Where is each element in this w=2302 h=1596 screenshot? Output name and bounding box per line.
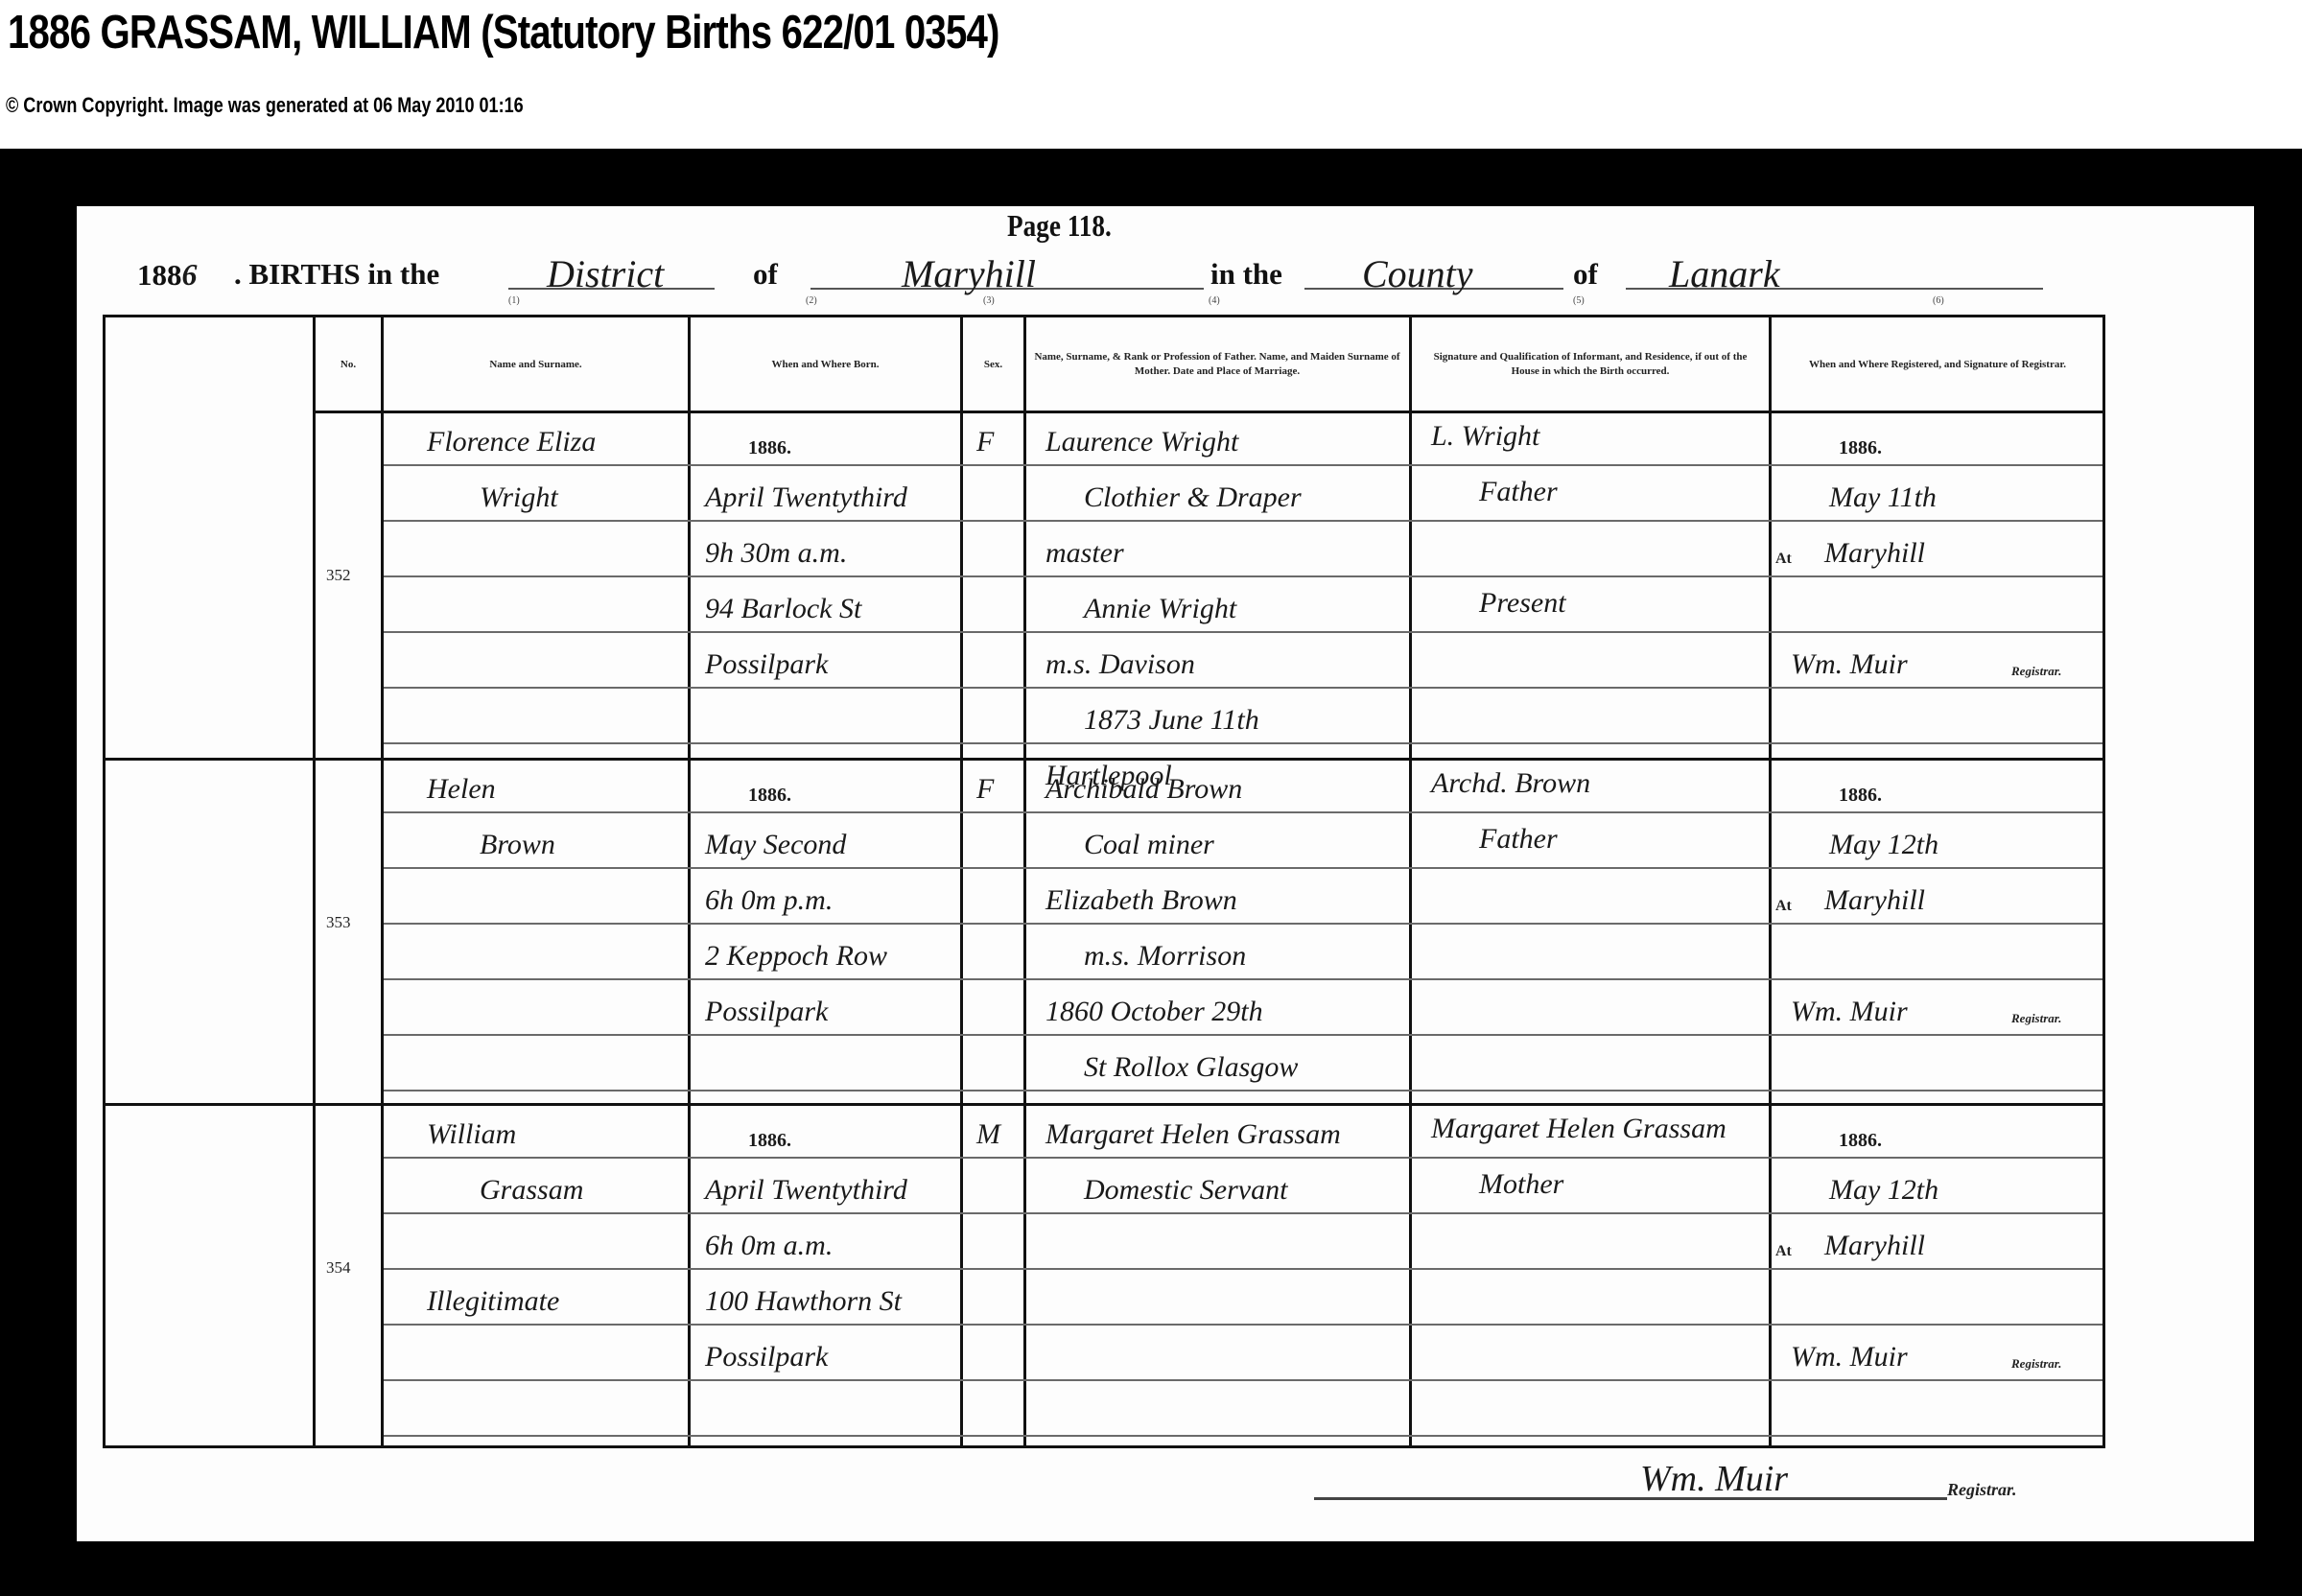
- birth-detail-line: Possilpark: [705, 997, 828, 1026]
- birth-detail-line: Possilpark: [705, 650, 828, 679]
- col-divider-name: [688, 315, 691, 1448]
- informant-line: Margaret Helen Grassam: [1431, 1115, 1726, 1143]
- year-prefix: 188: [137, 258, 182, 292]
- child-name-line: Wright: [480, 483, 558, 512]
- parent-detail-line: master: [1045, 539, 1124, 568]
- footnote-2: (2): [806, 295, 817, 306]
- of-label-1: of: [753, 257, 778, 292]
- sex-value: F: [976, 428, 994, 457]
- birth-detail-line: May Second: [705, 831, 846, 859]
- informant-line: Mother: [1479, 1170, 1563, 1199]
- parent-detail-line: Domestic Servant: [1084, 1176, 1287, 1205]
- registered-date: May 12th: [1829, 831, 1938, 859]
- parent-detail-line: Annie Wright: [1084, 595, 1236, 623]
- at-label: At: [1775, 1243, 1792, 1260]
- ruled-line: [384, 687, 2102, 689]
- child-name-line: Brown: [480, 831, 555, 859]
- registered-date: May 12th: [1829, 1176, 1938, 1205]
- registered-date: May 11th: [1829, 483, 1937, 512]
- parent-detail-line: 1873 June 11th: [1084, 706, 1259, 735]
- birth-detail-line: 9h 30m a.m.: [705, 539, 847, 568]
- colhead-registered: When and Where Registered, and Signature…: [1784, 318, 2091, 411]
- parent-detail-line: Elizabeth Brown: [1045, 886, 1237, 915]
- copyright-notice: © Crown Copyright. Image was generated a…: [6, 93, 524, 118]
- ruled-line: [384, 631, 2102, 633]
- at-label: At: [1775, 898, 1792, 915]
- parent-detail-line: Margaret Helen Grassam: [1045, 1120, 1341, 1149]
- parent-detail-line: Clothier & Draper: [1084, 483, 1302, 512]
- ruled-line: [384, 1379, 2102, 1381]
- register-year: 1886: [137, 257, 198, 293]
- colhead-no: No.: [316, 318, 381, 411]
- ruled-line: [384, 1212, 2102, 1214]
- registrar-signature: Wm. Muir: [1791, 997, 1908, 1026]
- footnote-6: (6): [1933, 295, 1944, 306]
- parent-detail-line: 1860 October 29th: [1045, 997, 1263, 1026]
- registrar-signature: Wm. Muir: [1791, 1343, 1908, 1372]
- footnote-4: (4): [1209, 295, 1220, 306]
- informant-line: L. Wright: [1431, 422, 1539, 451]
- birth-detail-line: 100 Hawthorn St: [705, 1287, 902, 1316]
- district-name: Maryhill: [902, 251, 1036, 296]
- sex-value: F: [976, 775, 994, 804]
- birth-detail-line: Possilpark: [705, 1343, 828, 1372]
- ruled-line: [384, 1157, 2102, 1159]
- footnote-1: (1): [508, 295, 520, 306]
- informant-line: Father: [1479, 825, 1558, 854]
- birth-detail-line: 94 Barlock St: [705, 595, 861, 623]
- parent-detail-line: m.s. Davison: [1045, 650, 1195, 679]
- footer-signature: Wm. Muir: [1640, 1458, 1788, 1500]
- col-divider-born: [960, 315, 963, 1448]
- ruled-line: [384, 520, 2102, 522]
- ruled-line: [384, 1268, 2102, 1270]
- footnote-3: (3): [983, 295, 995, 306]
- colhead-sex: Sex.: [963, 318, 1023, 411]
- ruled-line: [384, 978, 2102, 980]
- year-digit: 6: [182, 257, 198, 292]
- col-divider-informant: [1769, 315, 1772, 1448]
- col-divider-no: [381, 315, 384, 1448]
- colhead-name: Name and Surname.: [384, 318, 688, 411]
- informant-line: Archd. Brown: [1431, 769, 1590, 798]
- record-title: 1886 GRASSAM, WILLIAM (Statutory Births …: [8, 6, 999, 59]
- birth-detail-line: 6h 0m a.m.: [705, 1232, 833, 1260]
- ruled-line: [384, 1034, 2102, 1036]
- registrar-label: Registrar.: [2011, 1356, 2061, 1372]
- child-name-line: Grassam: [480, 1176, 583, 1205]
- child-name-line: Illegitimate: [427, 1287, 559, 1316]
- district-type: District: [547, 251, 664, 296]
- informant-line: Present: [1479, 589, 1566, 618]
- registered-place: Maryhill: [1824, 886, 1925, 915]
- parent-detail-line: Archibald Brown: [1045, 775, 1242, 804]
- colhead-parents: Name, Surname, & Rank or Profession of F…: [1031, 318, 1403, 411]
- birth-detail-line: 1886.: [748, 1126, 791, 1155]
- registered-year: 1886.: [1839, 1126, 1882, 1155]
- parent-detail-line: Laurence Wright: [1045, 428, 1238, 457]
- parent-detail-line: St Rollox Glasgow: [1084, 1053, 1298, 1082]
- margin-divider: [313, 315, 316, 1448]
- birth-detail-line: April Twentythird: [705, 483, 907, 512]
- ruled-line: [384, 1324, 2102, 1326]
- birth-detail-line: 6h 0m p.m.: [705, 886, 833, 915]
- child-name-line: Florence Eliza: [427, 428, 596, 457]
- county-type: County: [1362, 251, 1473, 296]
- footnote-5: (5): [1573, 295, 1585, 306]
- entry-number: 354: [326, 1258, 351, 1278]
- birth-detail-line: April Twentythird: [705, 1176, 907, 1205]
- registrar-label: Registrar.: [2011, 664, 2061, 679]
- ruled-line: [384, 575, 2102, 577]
- colhead-born: When and Where Born.: [691, 318, 960, 411]
- ruled-line: [384, 742, 2102, 744]
- entry-rule-2: [103, 1103, 2105, 1106]
- informant-line: Father: [1479, 478, 1558, 506]
- registrar-signature: Wm. Muir: [1791, 650, 1908, 679]
- parent-detail-line: m.s. Morrison: [1084, 942, 1246, 971]
- in-the-label: in the: [1210, 257, 1282, 292]
- colhead-informant: Signature and Qualification of Informant…: [1420, 318, 1761, 411]
- ruled-line: [384, 1435, 2102, 1437]
- footer-registrar-label: Registrar.: [1947, 1480, 2017, 1500]
- ruled-line: [384, 464, 2102, 466]
- header-rule: [313, 411, 2105, 413]
- birth-detail-line: 2 Keppoch Row: [705, 942, 887, 971]
- registered-year: 1886.: [1839, 434, 1882, 462]
- parent-detail-line: Coal miner: [1084, 831, 1214, 859]
- child-name-line: Helen: [427, 775, 496, 804]
- page-number: Page 118.: [1007, 208, 1112, 244]
- registered-place: Maryhill: [1824, 1232, 1925, 1260]
- ruled-line: [384, 1090, 2102, 1091]
- registered-place: Maryhill: [1824, 539, 1925, 568]
- sex-value: M: [976, 1120, 1000, 1149]
- birth-detail-line: 1886.: [748, 434, 791, 462]
- registrar-label: Registrar.: [2011, 1011, 2061, 1026]
- ruled-line: [384, 867, 2102, 869]
- child-name-line: William: [427, 1120, 516, 1149]
- birth-detail-line: 1886.: [748, 781, 791, 810]
- ruled-line: [384, 811, 2102, 813]
- col-divider-sex: [1023, 315, 1026, 1448]
- footer-signature-line: [1314, 1497, 1947, 1500]
- at-label: At: [1775, 551, 1792, 568]
- ruled-line: [384, 923, 2102, 925]
- col-divider-parents: [1409, 315, 1412, 1448]
- entry-number: 353: [326, 913, 351, 932]
- births-label: . BIRTHS in the: [234, 257, 439, 292]
- county-name: Lanark: [1669, 251, 1780, 296]
- entry-number: 352: [326, 566, 351, 585]
- of-label-2: of: [1573, 257, 1598, 292]
- registered-year: 1886.: [1839, 781, 1882, 810]
